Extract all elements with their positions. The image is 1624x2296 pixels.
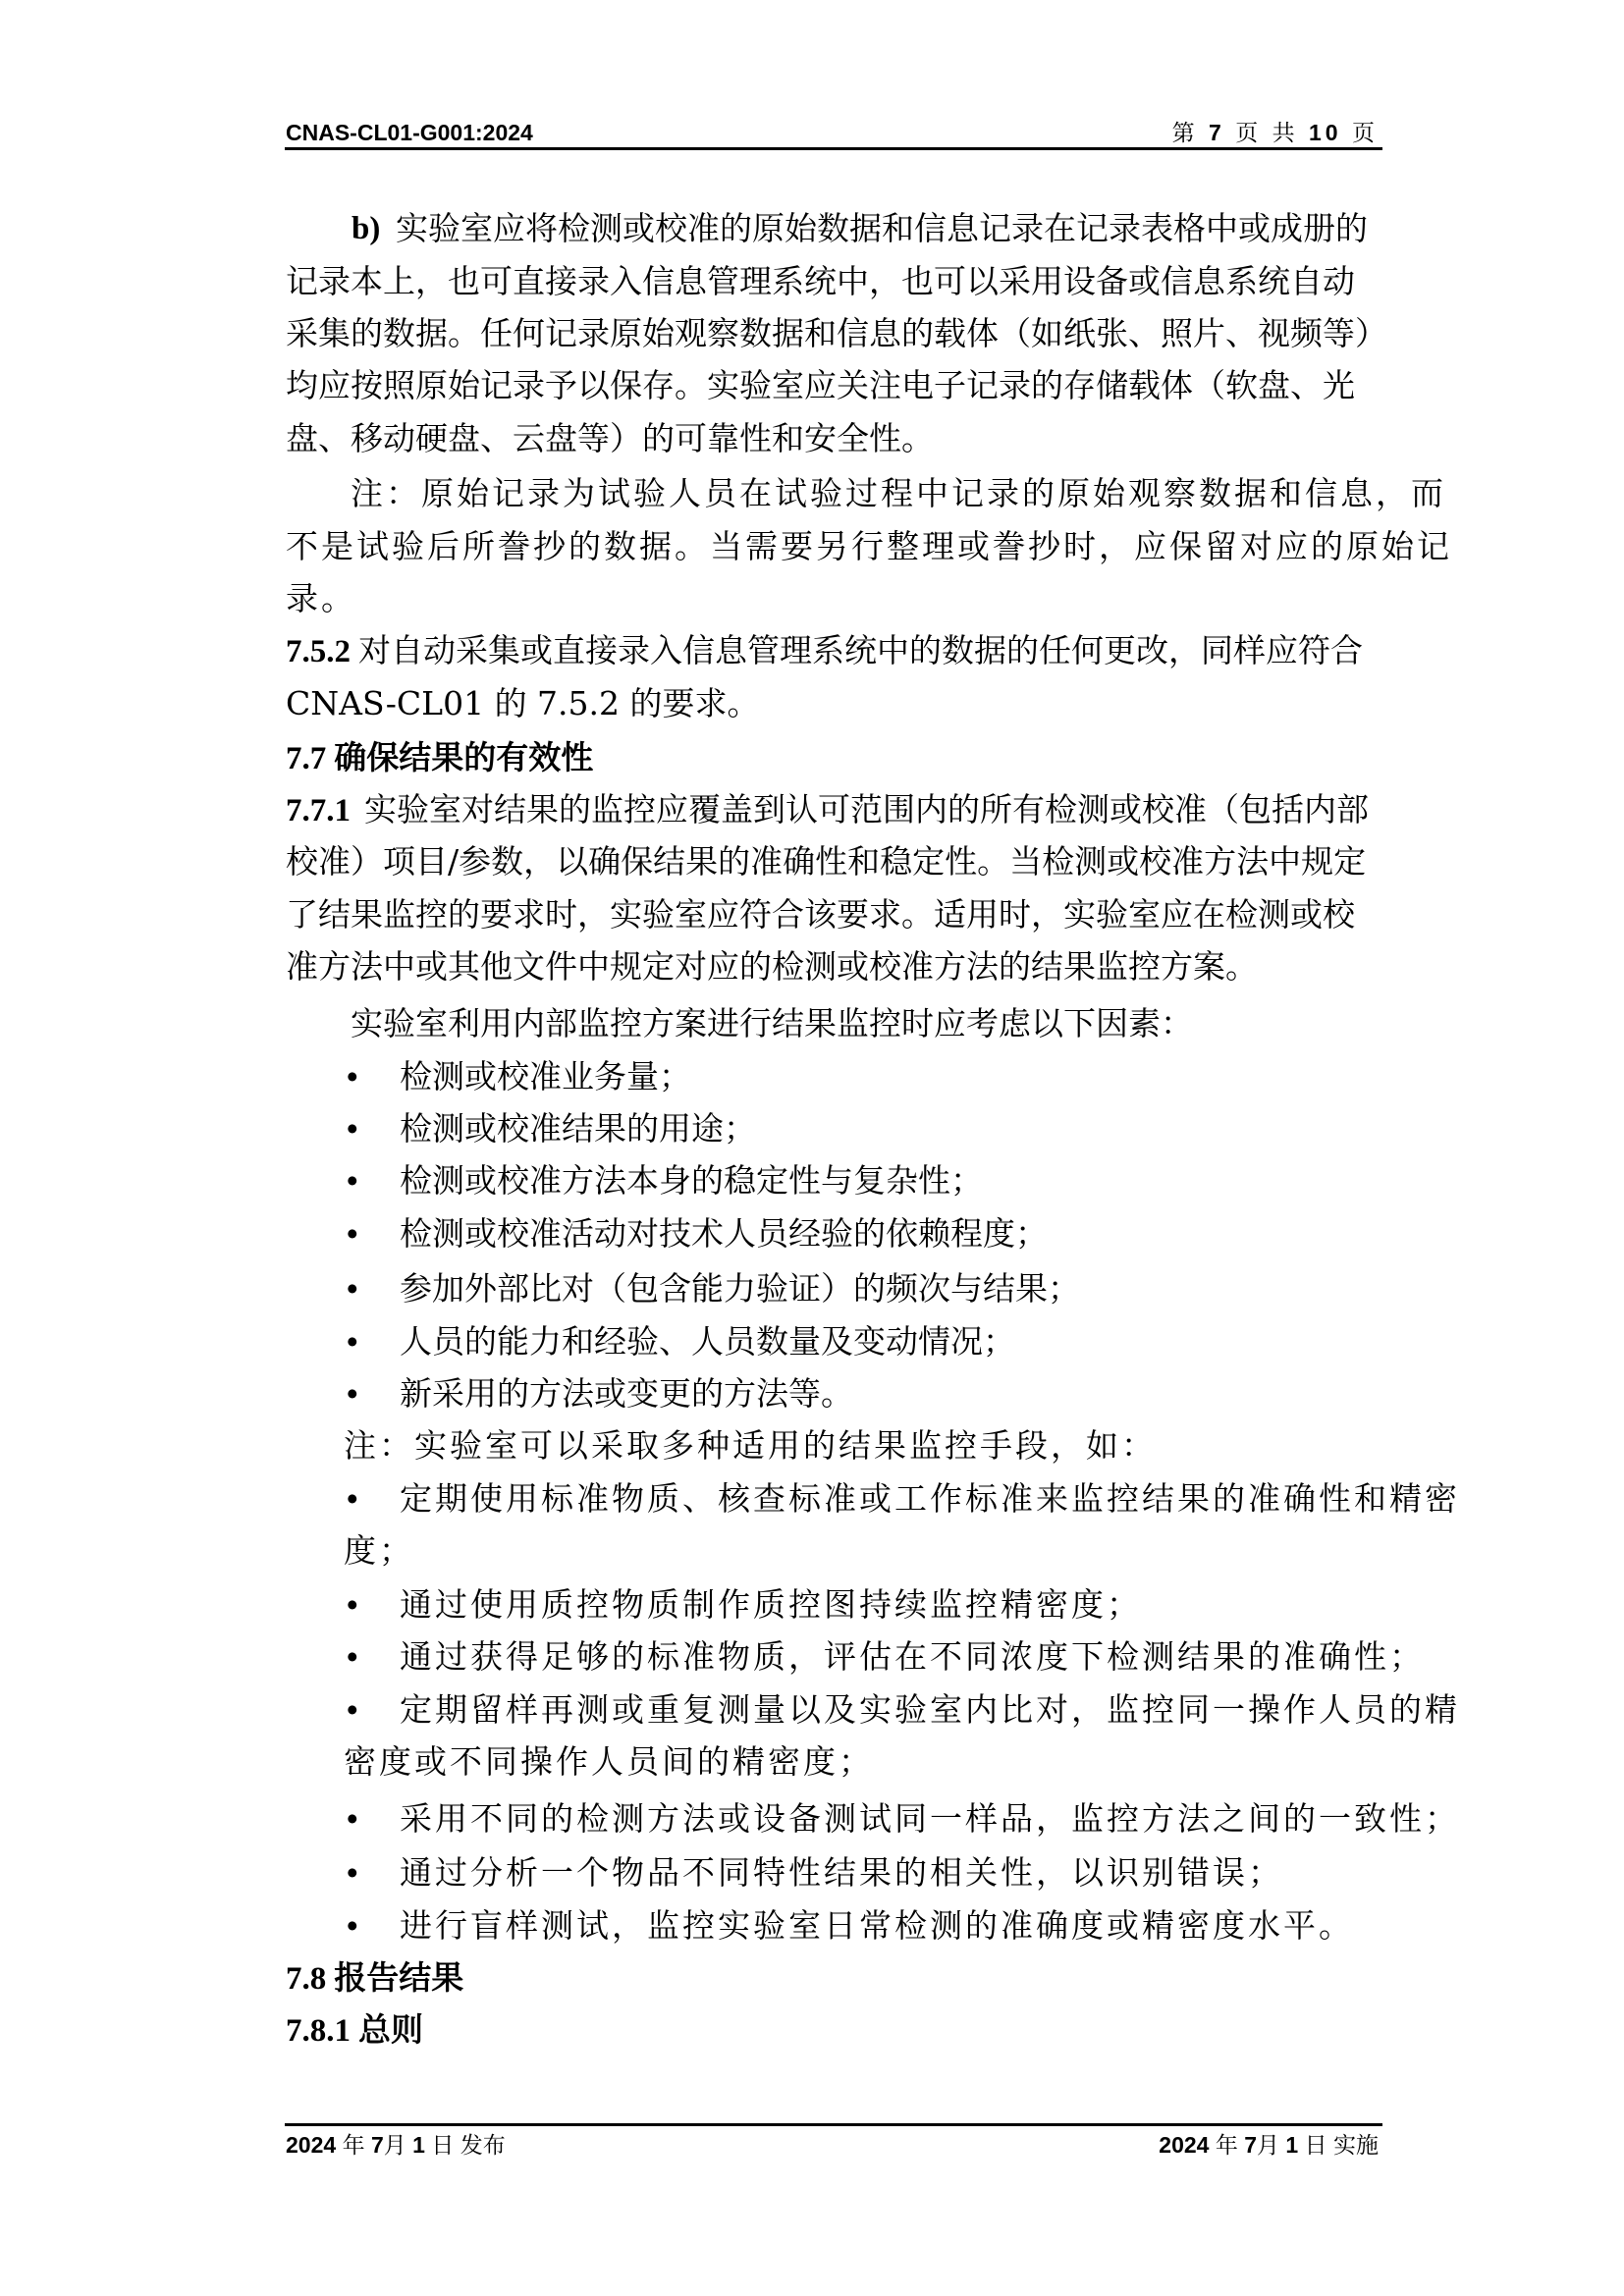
page-suffix: 页 bbox=[1352, 120, 1379, 145]
publish-year: 2024 bbox=[286, 2132, 336, 2158]
section-7-7-1-line-4: 准方法中或其他文件中规定对应的检测或校准方法的结果监控方案。 bbox=[286, 947, 1385, 987]
effective-date: 2024 年 7月 1 日 实施 bbox=[1159, 2130, 1379, 2160]
note-1-line-3: 录。 bbox=[286, 579, 1385, 618]
header-rule bbox=[285, 147, 1382, 150]
bullet-icon: • bbox=[347, 1690, 361, 1730]
page-mid: 页 共 bbox=[1235, 120, 1298, 145]
note-1-text: 注：原始记录为试验人员在试验过程中记录的原始观察数据和信息，而 bbox=[351, 474, 1446, 513]
list-item-text: 参加外部比对（包含能力验证）的频次与结果； bbox=[400, 1269, 1080, 1308]
section-number-7-7: 7.7 bbox=[286, 741, 326, 776]
bullet-icon: • bbox=[347, 1479, 361, 1519]
bullet-icon: • bbox=[347, 1637, 361, 1677]
bullet-icon: • bbox=[347, 1906, 361, 1946]
day-char: 日 bbox=[431, 2132, 454, 2158]
effective-year: 2024 bbox=[1159, 2132, 1209, 2158]
section-7-7-1-line-1: 7.7.1实验室对结果的监控应覆盖到认可范围内的所有检测或校准（包括内部 bbox=[286, 790, 1385, 830]
note-list-item-cont-text: 密度或不同操作人员间的精密度； bbox=[344, 1742, 874, 1782]
list-item-text: 检测或校准方法本身的稳定性与复杂性； bbox=[400, 1161, 983, 1201]
effective-day: 1 bbox=[1285, 2132, 1298, 2158]
day-char: 日 bbox=[1305, 2132, 1327, 2158]
note-list-item-text: 通过分析一个物品不同特性结果的相关性，以识别错误； bbox=[400, 1853, 1283, 1893]
effective-month: 7 bbox=[1244, 2132, 1257, 2158]
section-number-7-8: 7.8 bbox=[286, 1961, 326, 1997]
section-heading-7-7: 7.7确保结果的有效性 bbox=[286, 738, 1385, 778]
section-number-7-7-1: 7.7.1 bbox=[286, 793, 351, 828]
factors-intro-text: 实验室利用内部监控方案进行结果监控时应考虑以下因素： bbox=[351, 1004, 1193, 1043]
publish-date: 2024 年 7月 1 日 发布 bbox=[286, 2130, 506, 2160]
note-list-item-text: 通过使用质控物质制作质控图持续监控精密度； bbox=[400, 1585, 1142, 1625]
bullet-icon: • bbox=[347, 1109, 358, 1148]
page-total: 10 bbox=[1309, 120, 1342, 145]
bullet-icon: • bbox=[347, 1214, 358, 1254]
bullet-icon: • bbox=[347, 1057, 358, 1096]
bullet-icon: • bbox=[347, 1374, 358, 1414]
section-title-7-7: 确保结果的有效性 bbox=[334, 738, 593, 776]
paragraph-b-text: 实验室应将检测或校准的原始数据和信息记录在记录表格中或成册的 bbox=[396, 209, 1368, 248]
note-list-item-text: 通过获得足够的标准物质，评估在不同浓度下检测结果的准确性； bbox=[400, 1637, 1425, 1677]
list-item-text: 检测或校准活动对技术人员经验的依赖程度； bbox=[400, 1214, 1048, 1254]
section-number-7-5-2: 7.5.2 bbox=[286, 634, 351, 669]
note-1-line-2: 不是试验后所誊抄的数据。当需要另行整理或誊抄时，应保留对应的原始记 bbox=[286, 527, 1385, 566]
bullet-icon: • bbox=[347, 1585, 361, 1625]
document-page: CNAS-CL01-G001:2024 第 7 页 共 10 页 b) 实验室应… bbox=[0, 0, 1624, 2296]
document-id: CNAS-CL01-G001:2024 bbox=[286, 118, 533, 147]
month-char: 月 bbox=[384, 2132, 406, 2158]
section-heading-7-8: 7.8报告结果 bbox=[286, 1958, 1385, 1999]
list-item-text: 人员的能力和经验、人员数量及变动情况； bbox=[400, 1322, 1015, 1362]
section-title-7-8: 报告结果 bbox=[334, 1958, 463, 1997]
list-item-text: 检测或校准业务量； bbox=[400, 1057, 691, 1096]
section-7-7-1-text: 实验室对结果的监控应覆盖到认可范围内的所有检测或校准（包括内部 bbox=[364, 790, 1369, 828]
paragraph-b-line-5: 盘、移动硬盘、云盘等）的可靠性和安全性。 bbox=[286, 419, 1385, 458]
note-list-item-text: 采用不同的检测方法或设备测试同一样品，监控方法之间的一致性； bbox=[400, 1799, 1460, 1839]
year-char: 年 bbox=[343, 2132, 365, 2158]
bullet-icon: • bbox=[347, 1269, 358, 1308]
effective-label: 实施 bbox=[1333, 2132, 1379, 2158]
publish-label: 发布 bbox=[460, 2132, 506, 2158]
section-7-5-2-line-1: 7.5.2对自动采集或直接录入信息管理系统中的数据的任何更改，同样应符合 bbox=[286, 631, 1385, 671]
section-7-5-2-line-2: CNAS-CL01 的 7.5.2 的要求。 bbox=[286, 684, 1385, 723]
paragraph-b-line-4: 均应按照原始记录予以保存。实验室应关注电子记录的存储载体（软盘、光 bbox=[286, 366, 1385, 405]
page-indicator: 第 7 页 共 10 页 bbox=[1172, 118, 1379, 147]
section-heading-7-8-1: 7.8.1总则 bbox=[286, 2010, 1385, 2051]
section-7-7-1-line-2: 校准）项目/参数，以确保结果的准确性和稳定性。当检测或校准方法中规定 bbox=[286, 842, 1385, 881]
paragraph-b-line-2: 记录本上，也可直接录入信息管理系统中，也可以采用设备或信息系统自动 bbox=[286, 262, 1385, 301]
paragraph-b-line-3: 采集的数据。任何记录原始观察数据和信息的载体（如纸张、照片、视频等） bbox=[286, 314, 1385, 353]
month-char: 月 bbox=[1257, 2132, 1279, 2158]
page-current: 7 bbox=[1209, 120, 1225, 145]
note-list-item-text: 进行盲样测试，监控实验室日常检测的准确度或精密度水平。 bbox=[400, 1906, 1354, 1946]
list-item-text: 检测或校准结果的用途； bbox=[400, 1109, 756, 1148]
section-title-7-8-1: 总则 bbox=[358, 2010, 423, 2049]
note-list-item-text: 定期使用标准物质、核查标准或工作标准来监控结果的准确性和精密 bbox=[400, 1479, 1460, 1519]
note-list-item-cont-text: 度； bbox=[344, 1531, 414, 1571]
section-7-5-2-text: 对自动采集或直接录入信息管理系统中的数据的任何更改，同样应符合 bbox=[358, 631, 1363, 669]
note-list-item-text: 定期留样再测或重复测量以及实验室内比对，监控同一操作人员的精 bbox=[400, 1690, 1460, 1730]
publish-month: 7 bbox=[371, 2132, 384, 2158]
section-number-7-8-1: 7.8.1 bbox=[286, 2013, 351, 2049]
bullet-icon: • bbox=[347, 1161, 358, 1201]
page-prefix: 第 bbox=[1172, 120, 1199, 145]
publish-day: 1 bbox=[412, 2132, 425, 2158]
note-2-intro-text: 注：实验室可以采取多种适用的结果监控手段，如： bbox=[344, 1426, 1157, 1466]
section-7-7-1-line-3: 了结果监控的要求时，实验室应符合该要求。适用时，实验室应在检测或校 bbox=[286, 895, 1385, 934]
year-char: 年 bbox=[1216, 2132, 1238, 2158]
bullet-icon: • bbox=[347, 1322, 358, 1362]
footer-rule bbox=[285, 2123, 1382, 2126]
list-item-text: 新采用的方法或变更的方法等。 bbox=[400, 1374, 853, 1414]
bullet-icon: • bbox=[347, 1799, 361, 1839]
item-label-b: b) bbox=[352, 209, 380, 248]
bullet-icon: • bbox=[347, 1853, 361, 1893]
